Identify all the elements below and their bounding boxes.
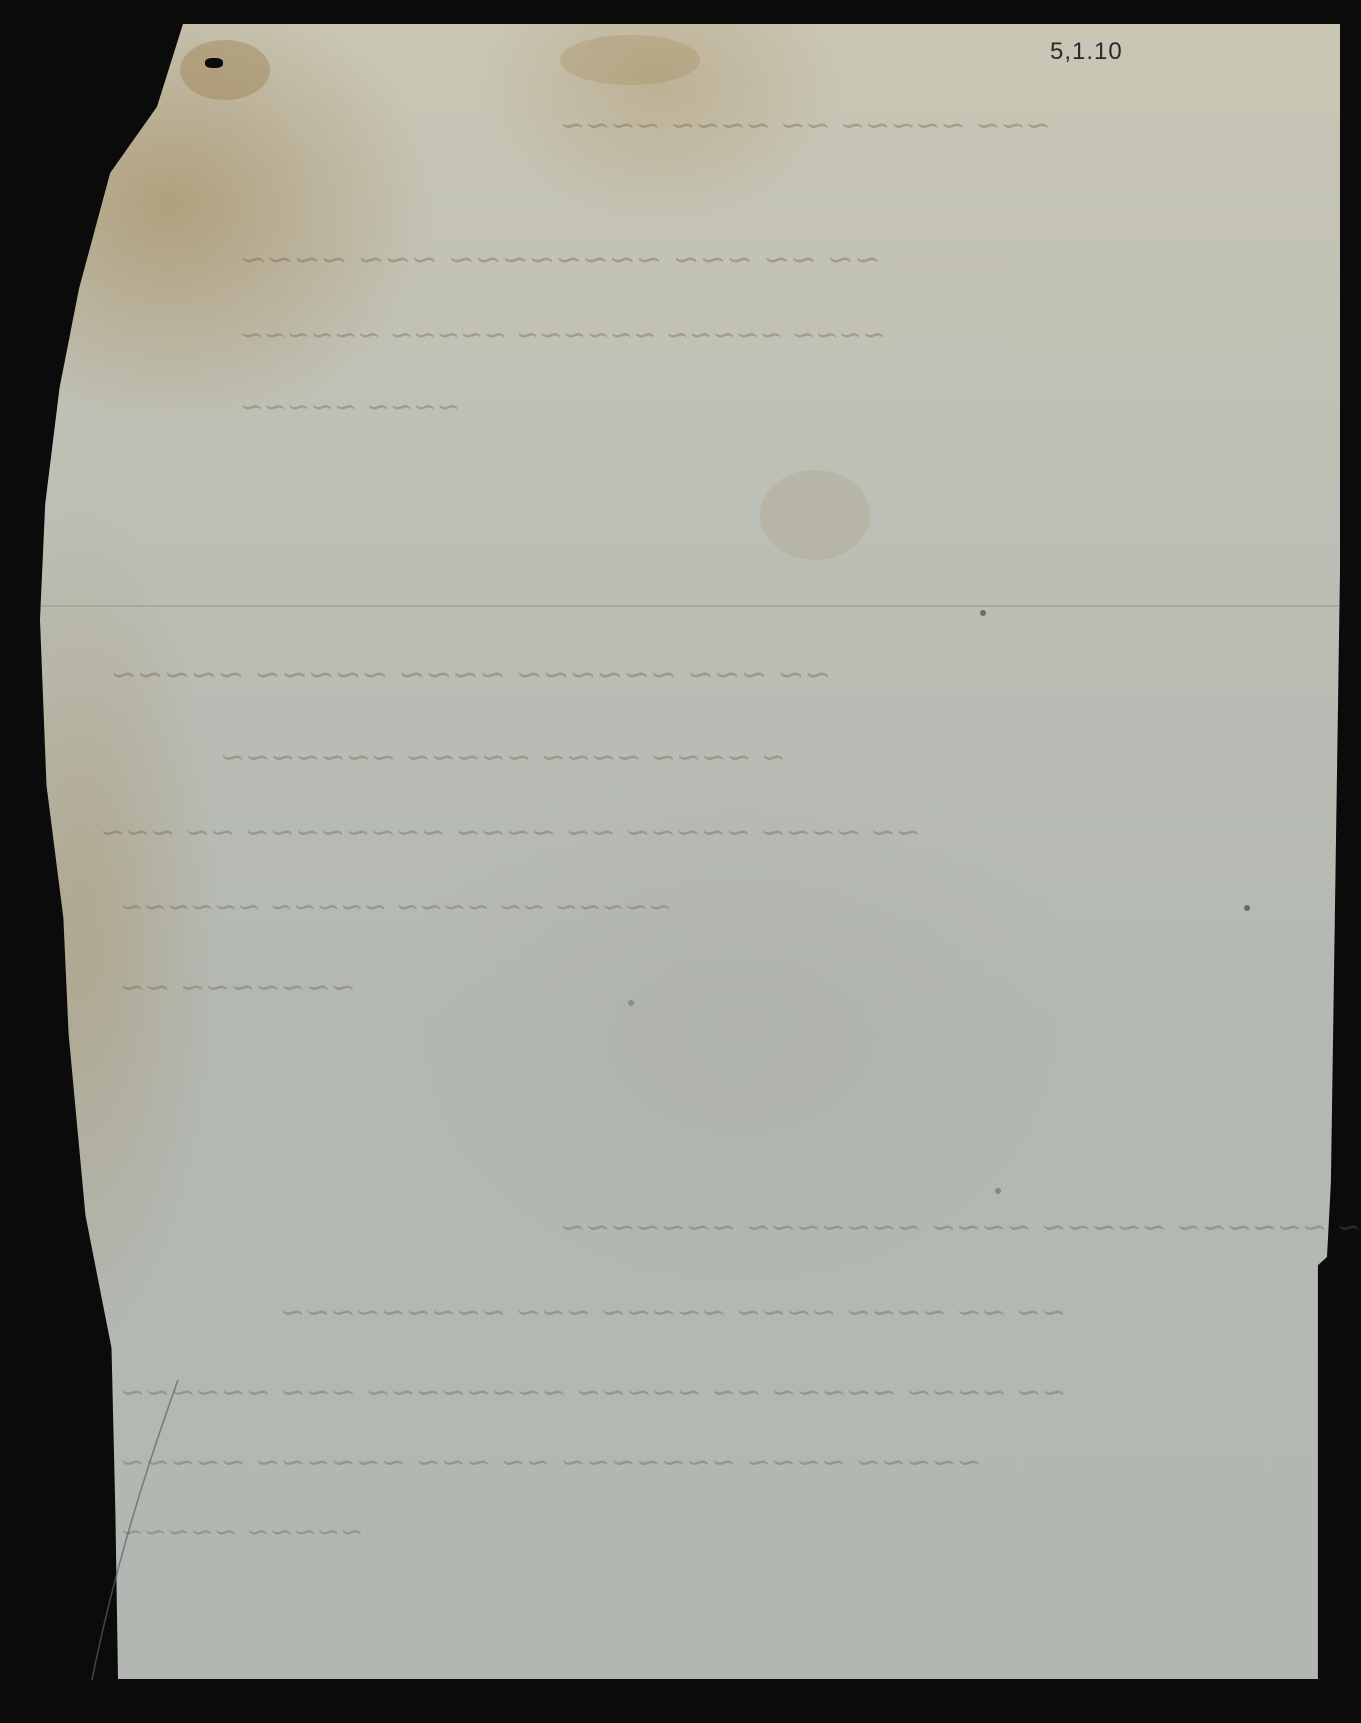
water-stain bbox=[560, 35, 700, 85]
bleed-line: ~~ ~~~ ~~~~~~ ~~~~ ~~~~~ ~~~~~ bbox=[110, 655, 831, 693]
bleed-line: ~ ~~~~ ~~~~ ~~~~~ ~~~~~~~ bbox=[220, 740, 786, 775]
bleed-line: ~~~~ ~~~~~ bbox=[240, 390, 460, 423]
bleed-line: ~~ ~~ ~~~ ~~~~~~~~ ~~~ ~~~~ bbox=[240, 240, 881, 278]
ink-speck bbox=[995, 1188, 1001, 1194]
bleed-line: ~~~~ ~~~~~ ~~~~~~ ~~~~~ ~~~~~~ bbox=[240, 318, 886, 351]
bleed-line: ~~~~~ ~~ ~~~~ ~~~~~ ~~~~~~ bbox=[120, 890, 672, 923]
archival-mark: 5,1.10 bbox=[1050, 38, 1123, 66]
bleed-line: ~~~~~ ~~~~ ~~~~~~~ ~~ ~~~ ~~~~~~ ~~~~~ bbox=[120, 1445, 982, 1480]
ink-speck bbox=[1244, 905, 1250, 911]
ink-speck bbox=[628, 1000, 634, 1006]
bleed-line: ~~~~~ ~~~~~ bbox=[120, 1515, 364, 1548]
water-stain bbox=[180, 40, 270, 100]
ink-speck bbox=[980, 610, 986, 616]
bleed-line: ~~ ~~ ~~~~ ~~~~ ~~~~~ ~~~ ~~~~~~~~~ bbox=[280, 1295, 1066, 1330]
water-stain bbox=[760, 470, 870, 560]
bleed-line: ~ ~~ ~~ ~~~~~~ ~~~~~ ~~~~ ~~~~~~~ ~~~~~~… bbox=[560, 1210, 1361, 1245]
paper-hole bbox=[205, 58, 223, 68]
bleed-line: ~~~~~~~ ~~ bbox=[120, 970, 356, 1005]
bleed-line: ~~ ~~~~ ~~~~~ ~~ ~~~~~ ~~~~~~~~ ~~~ ~~~~… bbox=[120, 1375, 1067, 1410]
paper-fold bbox=[40, 605, 1340, 607]
bleed-line: ~~~ ~~~~~ ~~ ~~~~ ~~~~ bbox=[560, 108, 1051, 143]
bleed-line: ~~ ~~~~ ~~~~~ ~~ ~~~~ ~~~~~~~~ ~~ ~~~ bbox=[100, 815, 921, 850]
